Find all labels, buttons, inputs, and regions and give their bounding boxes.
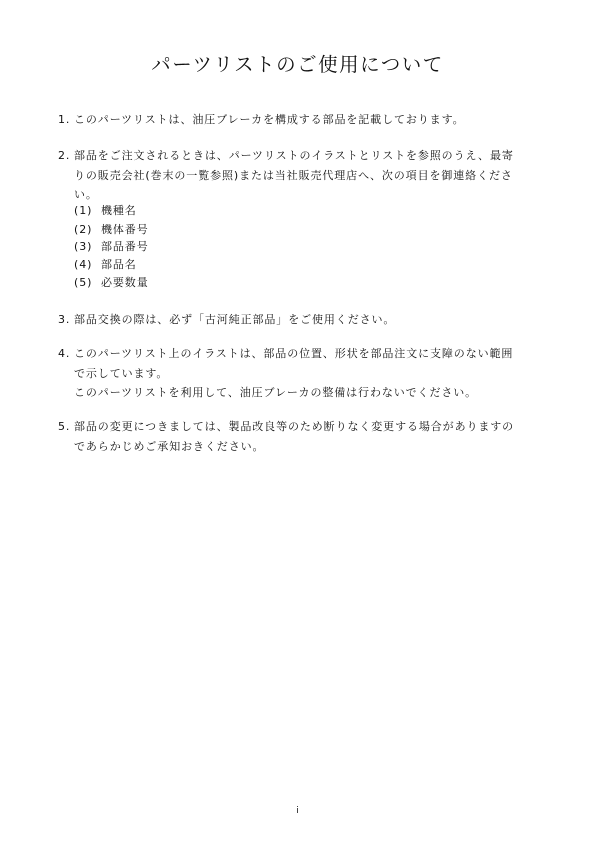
- page-title: パーツリストのご使用について: [0, 52, 595, 78]
- item-text-line: 部品をご注文されるときは、パーツリストのイラストとリストを参照のうえ、最寄: [74, 146, 548, 166]
- sub-item-number: (4): [74, 255, 101, 274]
- item-number: 1.: [58, 110, 70, 130]
- item-text-line: このパーツリストを利用して、油圧ブレーカの整備は行わないでください。: [74, 383, 548, 403]
- item-number: 2.: [58, 146, 70, 166]
- item-text-line: このパーツリスト上のイラストは、部品の位置、形状を部品注文に支障のない範囲: [74, 344, 548, 364]
- sub-item-label: 機体番号: [101, 223, 149, 236]
- sub-item-4: (4)部品名: [74, 255, 137, 274]
- item-text-line: であらかじめご承知おきください。: [74, 437, 548, 457]
- sub-item-number: (3): [74, 237, 101, 256]
- sub-item-5: (5)必要数量: [74, 273, 149, 292]
- sub-item-3: (3)部品番号: [74, 237, 149, 256]
- list-item-3: 3. 部品交換の際は、必ず「古河純正部品」をご使用ください。: [58, 310, 548, 330]
- item-text-line: 部品の変更につきましては、製品改良等のため断りなく変更する場合がありますの: [74, 417, 548, 437]
- sub-item-number: (1): [74, 201, 101, 220]
- item-text-line: で示しています。: [74, 364, 548, 384]
- page-number: i: [0, 806, 595, 816]
- sub-item-label: 部品番号: [101, 240, 149, 253]
- list-item-1: 1. このパーツリストは、油圧ブレーカを構成する部品を記載しております。: [58, 110, 548, 130]
- list-item-2: 2. 部品をご注文されるときは、パーツリストのイラストとリストを参照のうえ、最寄…: [58, 146, 548, 205]
- item-text-line: このパーツリストは、油圧ブレーカを構成する部品を記載しております。: [74, 110, 548, 130]
- item-text-line: い。: [74, 185, 548, 205]
- item-text-line: 部品交換の際は、必ず「古河純正部品」をご使用ください。: [74, 310, 548, 330]
- list-item-4: 4. このパーツリスト上のイラストは、部品の位置、形状を部品注文に支障のない範囲…: [58, 344, 548, 403]
- sub-item-1: (1)機種名: [74, 201, 137, 220]
- item-number: 3.: [58, 310, 70, 330]
- list-item-5: 5. 部品の変更につきましては、製品改良等のため断りなく変更する場合がありますの…: [58, 417, 548, 456]
- item-text-line: りの販売会社(巻末の一覧参照)または当社販売代理店へ、次の項目を御連絡くださ: [74, 166, 548, 186]
- sub-item-label: 機種名: [101, 204, 137, 217]
- sub-item-label: 必要数量: [101, 276, 149, 289]
- item-number: 4.: [58, 344, 70, 364]
- sub-item-number: (5): [74, 273, 101, 292]
- item-number: 5.: [58, 417, 70, 437]
- sub-item-label: 部品名: [101, 258, 137, 271]
